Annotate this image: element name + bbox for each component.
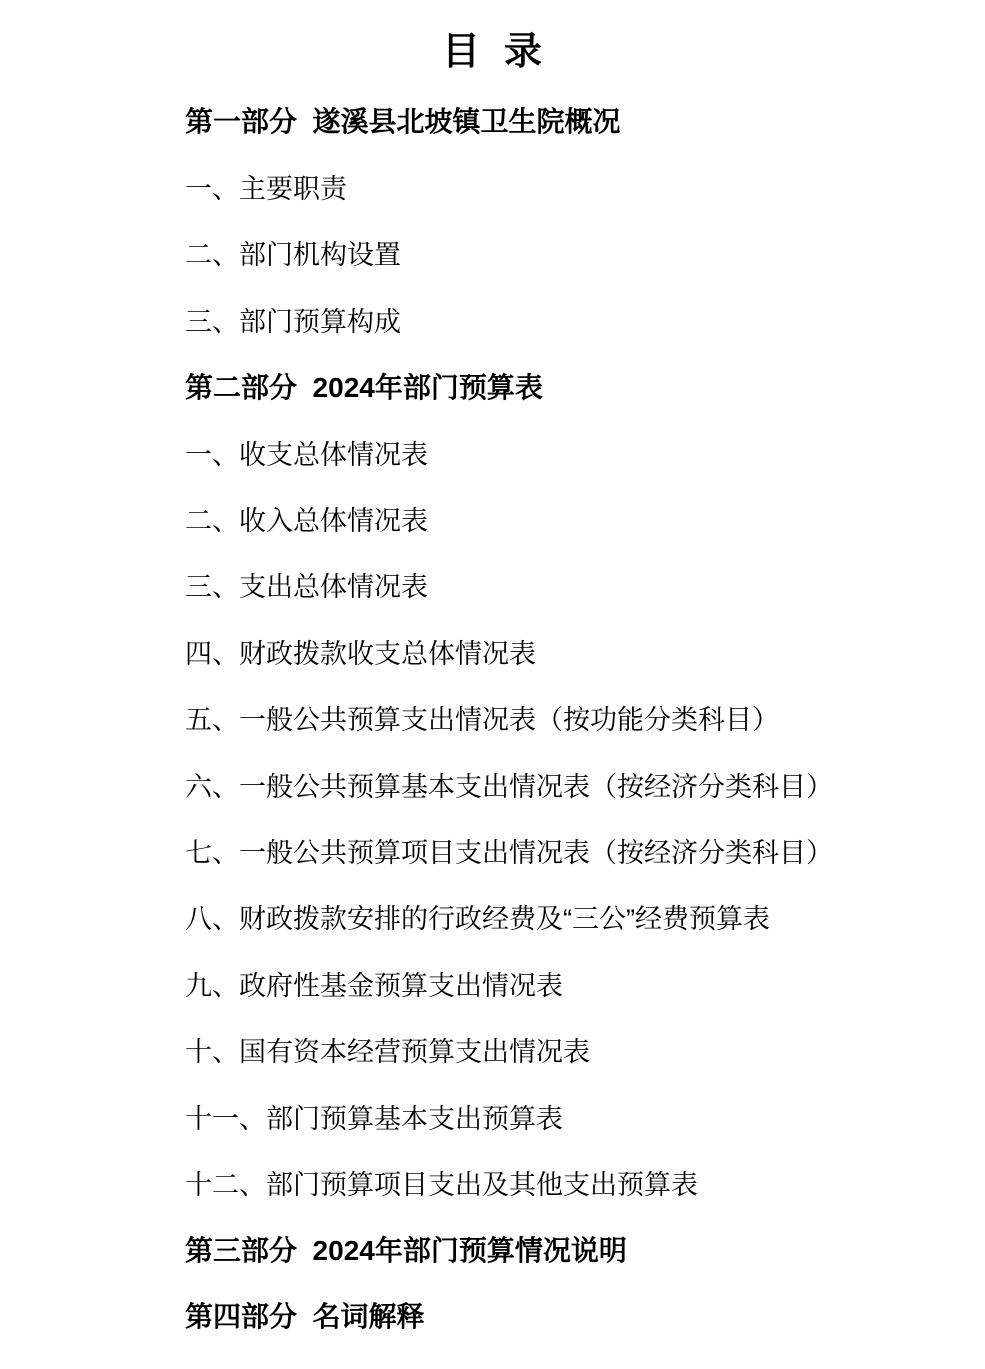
page-title: 目 录 [0, 0, 985, 75]
toc-entry: 七、一般公共预算项目支出情况表（按经济分类科目） [185, 817, 945, 883]
toc-entry: 十一、部门预算基本支出预算表 [185, 1083, 945, 1149]
toc-entry: 二、部门机构设置 [185, 220, 945, 286]
toc-entry: 三、部门预算构成 [185, 286, 945, 352]
toc-entry: 九、政府性基金预算支出情况表 [185, 950, 945, 1016]
toc-entry-section-1: 第一部分 遂溪县北坡镇卫生院概况 [185, 87, 945, 153]
toc-entry: 四、财政拨款收支总体情况表 [185, 618, 945, 684]
document-page: 目 录 第一部分 遂溪县北坡镇卫生院概况 一、主要职责 二、部门机构设置 三、部… [0, 0, 985, 1369]
toc-entry-section-3: 第三部分 2024年部门预算情况说明 [185, 1216, 945, 1282]
toc-entry: 六、一般公共预算基本支出情况表（按经济分类科目） [185, 751, 945, 817]
toc-entry: 三、支出总体情况表 [185, 552, 945, 618]
toc-entry: 八、财政拨款安排的行政经费及“三公”经费预算表 [185, 884, 945, 950]
toc-entry-section-4: 第四部分 名词解释 [185, 1282, 945, 1348]
toc-list: 第一部分 遂溪县北坡镇卫生院概况 一、主要职责 二、部门机构设置 三、部门预算构… [0, 87, 985, 1348]
toc-entry-section-2: 第二部分 2024年部门预算表 [185, 353, 945, 419]
toc-entry: 二、收入总体情况表 [185, 485, 945, 551]
toc-entry: 五、一般公共预算支出情况表（按功能分类科目） [185, 685, 945, 751]
toc-entry: 一、主要职责 [185, 153, 945, 219]
toc-entry: 十二、部门预算项目支出及其他支出预算表 [185, 1149, 945, 1215]
toc-entry: 一、收支总体情况表 [185, 419, 945, 485]
toc-entry: 十、国有资本经营预算支出情况表 [185, 1016, 945, 1082]
